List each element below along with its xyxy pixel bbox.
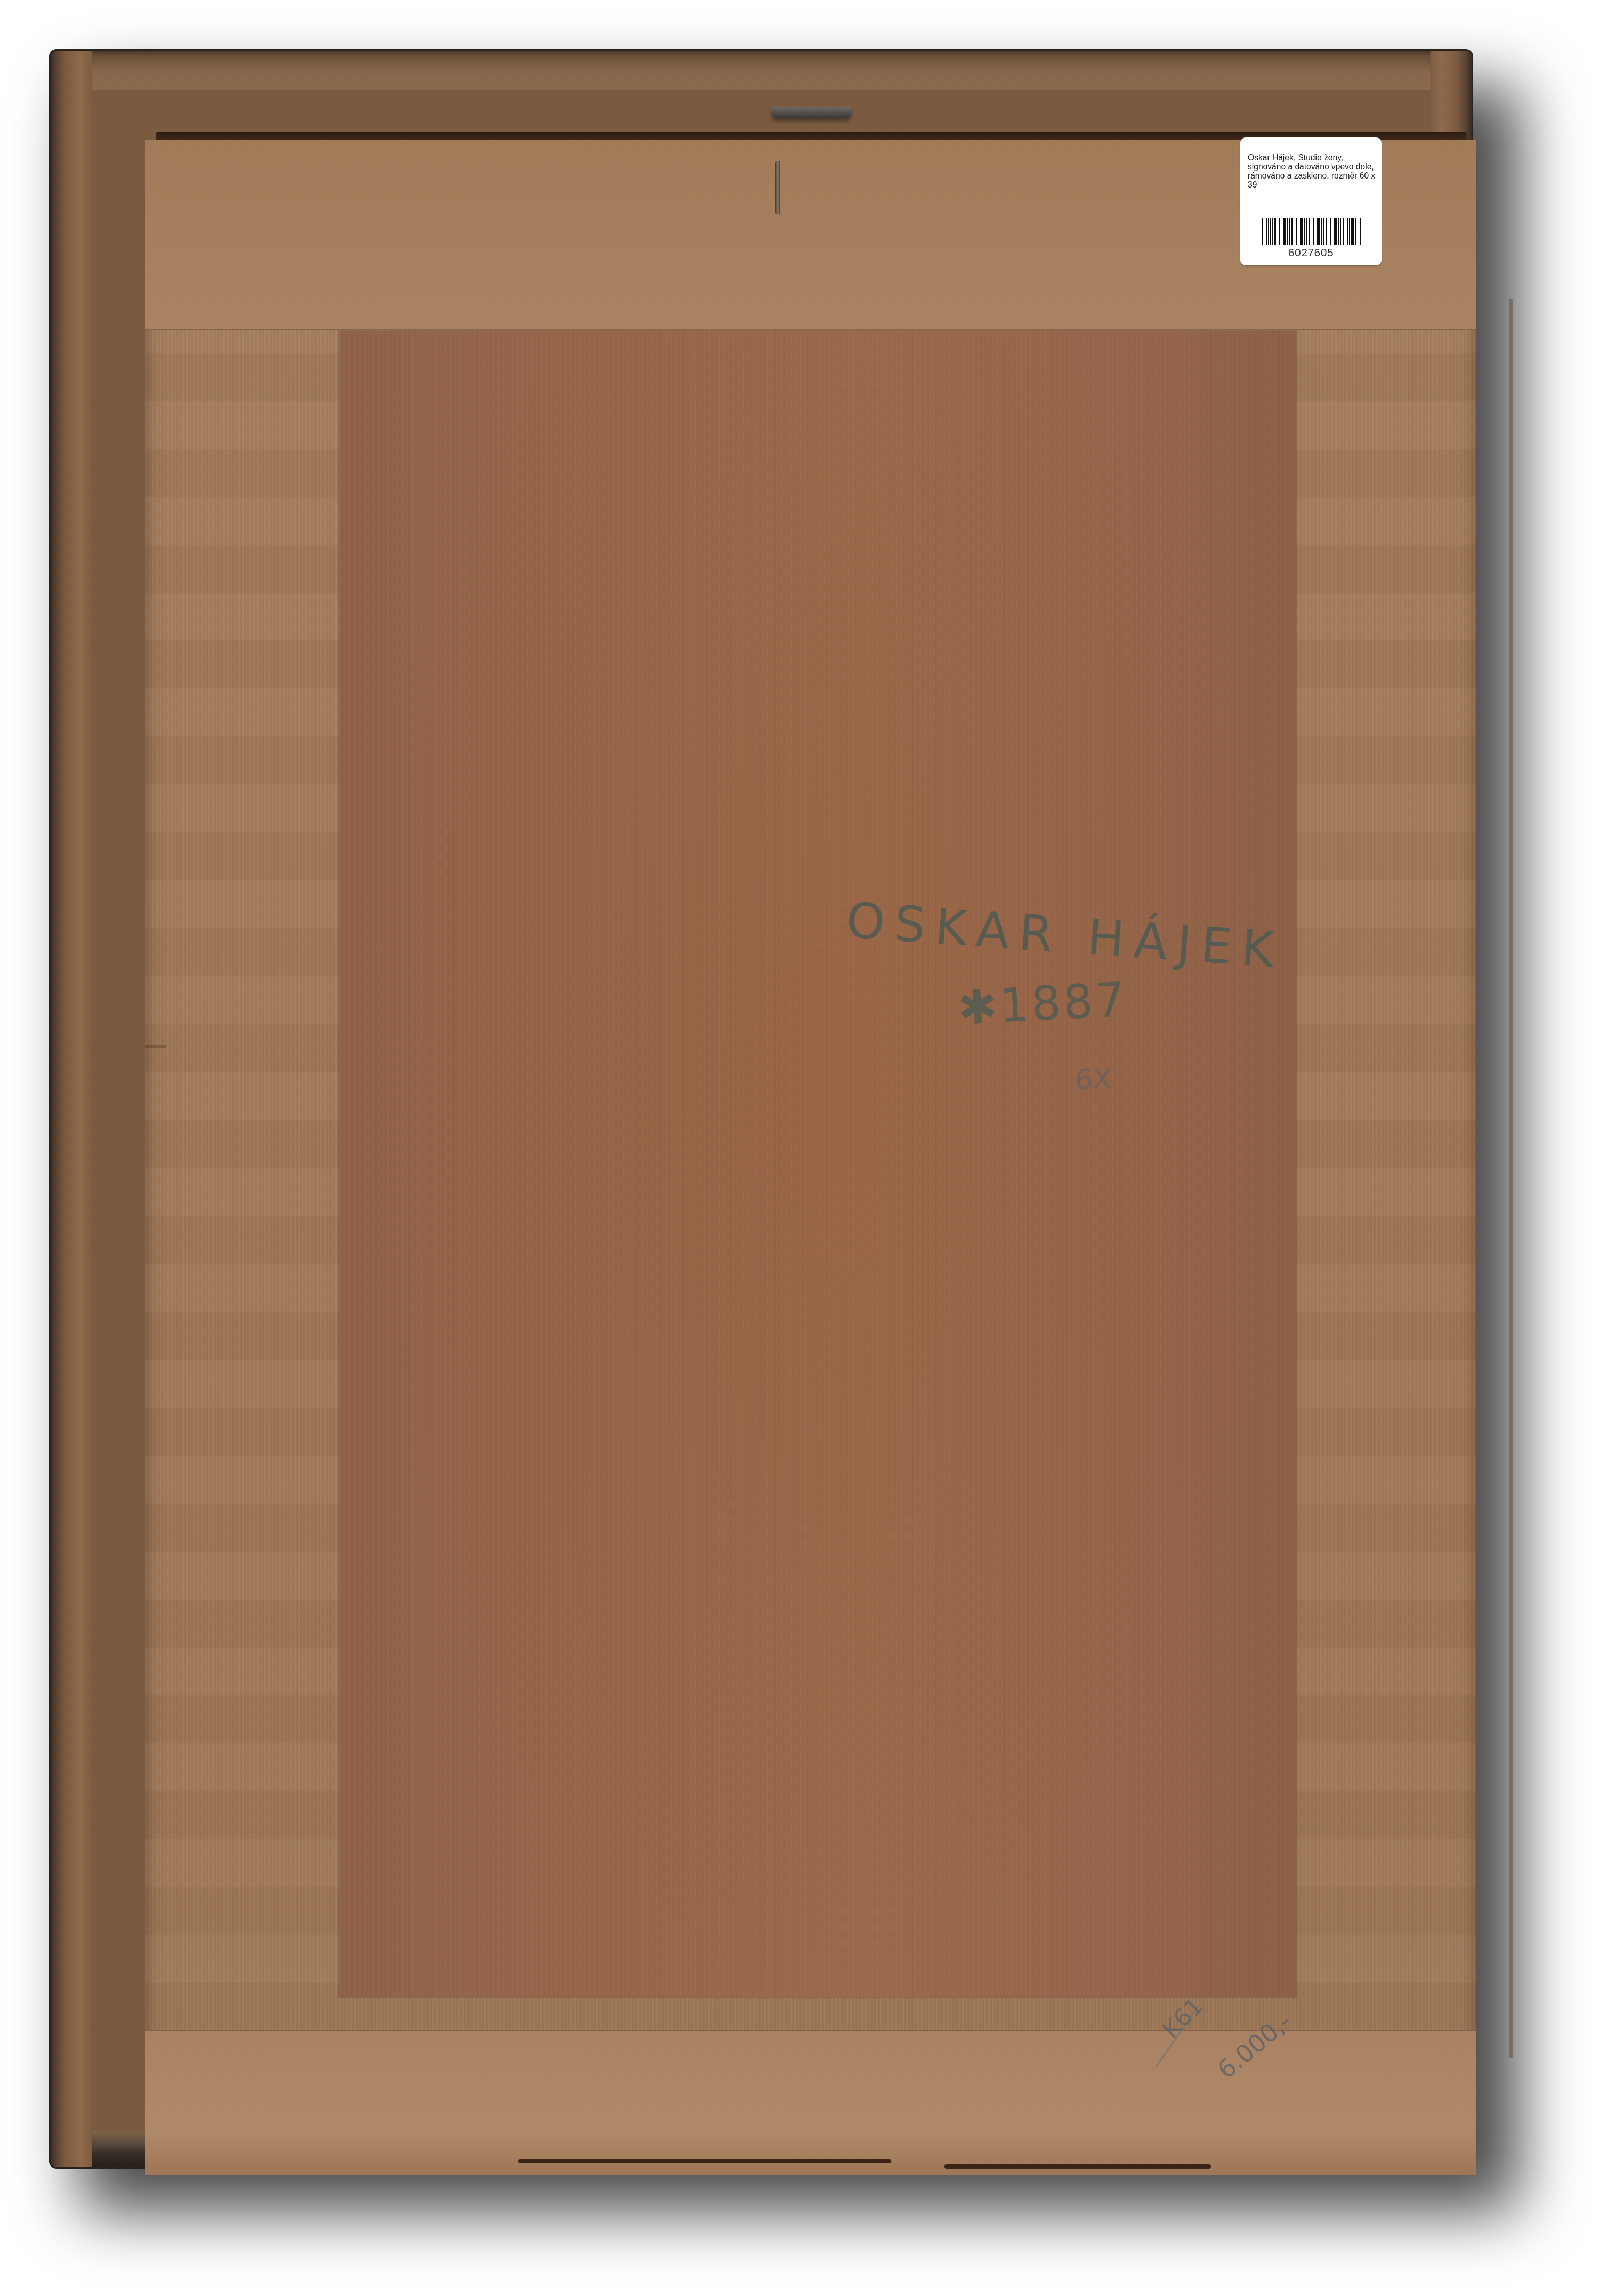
backing-bottom-strip bbox=[145, 2030, 1476, 2175]
paper-tear bbox=[944, 2164, 1211, 2169]
nail-icon bbox=[775, 161, 780, 214]
small-inscription: 6X bbox=[1075, 1064, 1112, 1096]
crease bbox=[145, 1045, 166, 1048]
hanger-hook-icon bbox=[771, 107, 851, 118]
paper-backing: OSKAR HÁJEK ✱1887 6X bbox=[145, 140, 1476, 2175]
crease bbox=[1509, 299, 1513, 2058]
backboard-panel: OSKAR HÁJEK ✱1887 6X bbox=[340, 331, 1296, 1997]
artist-inscription: OSKAR HÁJEK bbox=[844, 891, 1285, 979]
paper-tear bbox=[518, 2159, 891, 2163]
birth-year-inscription: ✱1887 bbox=[957, 972, 1129, 1035]
catalog-label: Oskar Hájek, Studie ženy, signováno a da… bbox=[1240, 137, 1382, 265]
barcode-number: 6027605 bbox=[1240, 247, 1382, 259]
label-description: Oskar Hájek, Studie ženy, signováno a da… bbox=[1248, 153, 1381, 190]
barcode-icon bbox=[1262, 218, 1364, 245]
picture-frame: OSKAR HÁJEK ✱1887 6X K61 6.000,- bbox=[49, 49, 1473, 2169]
